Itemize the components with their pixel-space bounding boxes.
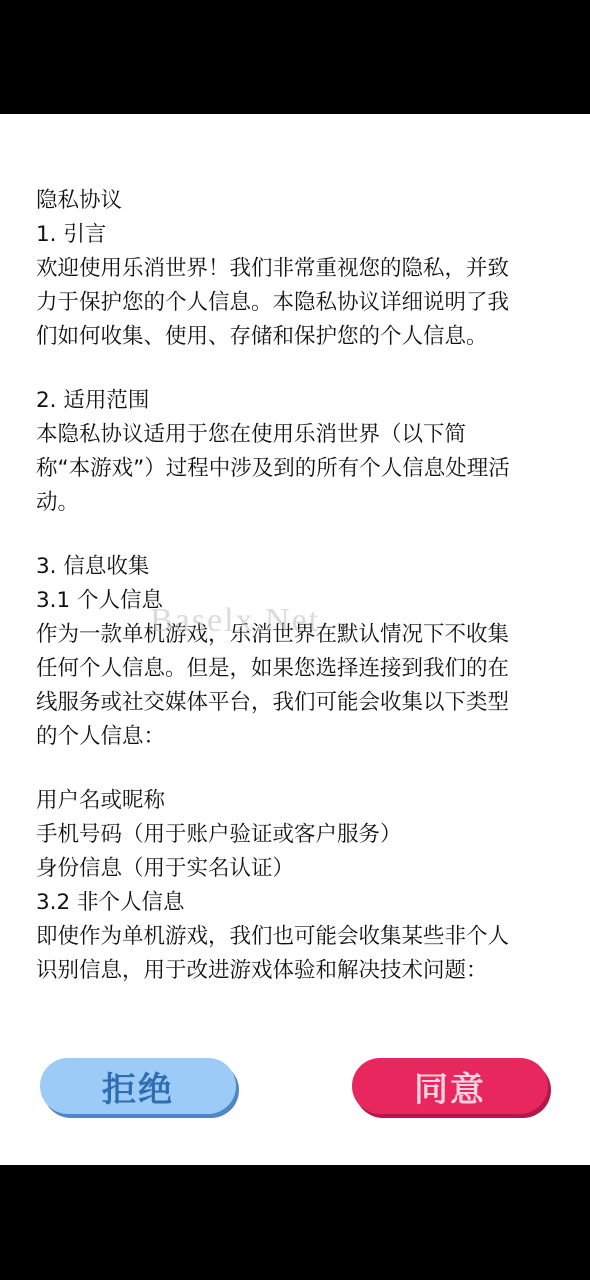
- list-item: 用户名或昵称: [36, 784, 556, 818]
- dialog-title: 隐私协议: [36, 184, 556, 218]
- paragraph-line: 动。: [36, 486, 556, 520]
- status-bar-area: [0, 0, 590, 114]
- privacy-dialog: 隐私协议 1. 引言 欢迎使用乐消世界！我们非常重视您的隐私，并致 力于保护您的…: [0, 114, 590, 1165]
- subsection-heading: 3.1 个人信息: [36, 584, 556, 618]
- agree-button[interactable]: 同意: [352, 1058, 548, 1114]
- paragraph-line: 识别信息，用于改进游戏体验和解决技术问题：: [36, 954, 556, 988]
- list-item: 手机号码（用于账户验证或客户服务）: [36, 818, 556, 852]
- section-heading: 1. 引言: [36, 218, 556, 252]
- section-heading: 3. 信息收集: [36, 550, 556, 584]
- paragraph-line: 线服务或社交媒体平台，我们可能会收集以下类型: [36, 686, 556, 720]
- reject-button[interactable]: 拒绝: [40, 1058, 236, 1114]
- paragraph-line: 任何个人信息。但是，如果您选择连接到我们的在: [36, 652, 556, 686]
- paragraph-line: 本隐私协议适用于您在使用乐消世界（以下简: [36, 418, 556, 452]
- section-heading: 2. 适用范围: [36, 384, 556, 418]
- paragraph-line: 们如何收集、使用、存储和保护您的个人信息。: [36, 320, 556, 354]
- subsection-heading: 3.2 非个人信息: [36, 886, 556, 920]
- paragraph-line: 称“本游戏”）过程中涉及到的所有个人信息处理活: [36, 452, 556, 486]
- paragraph-line: 欢迎使用乐消世界！我们非常重视您的隐私，并致: [36, 252, 556, 286]
- list-item: 身份信息（用于实名认证）: [36, 852, 556, 886]
- navigation-bar-area: [0, 1165, 590, 1280]
- paragraph-line: 作为一款单机游戏，乐消世界在默认情况下不收集: [36, 618, 556, 652]
- paragraph-line: 的个人信息：: [36, 720, 556, 754]
- paragraph-line: 即使作为单机游戏，我们也可能会收集某些非个人: [36, 920, 556, 954]
- privacy-text-scroll[interactable]: 隐私协议 1. 引言 欢迎使用乐消世界！我们非常重视您的隐私，并致 力于保护您的…: [36, 184, 556, 988]
- paragraph-line: 力于保护您的个人信息。本隐私协议详细说明了我: [36, 286, 556, 320]
